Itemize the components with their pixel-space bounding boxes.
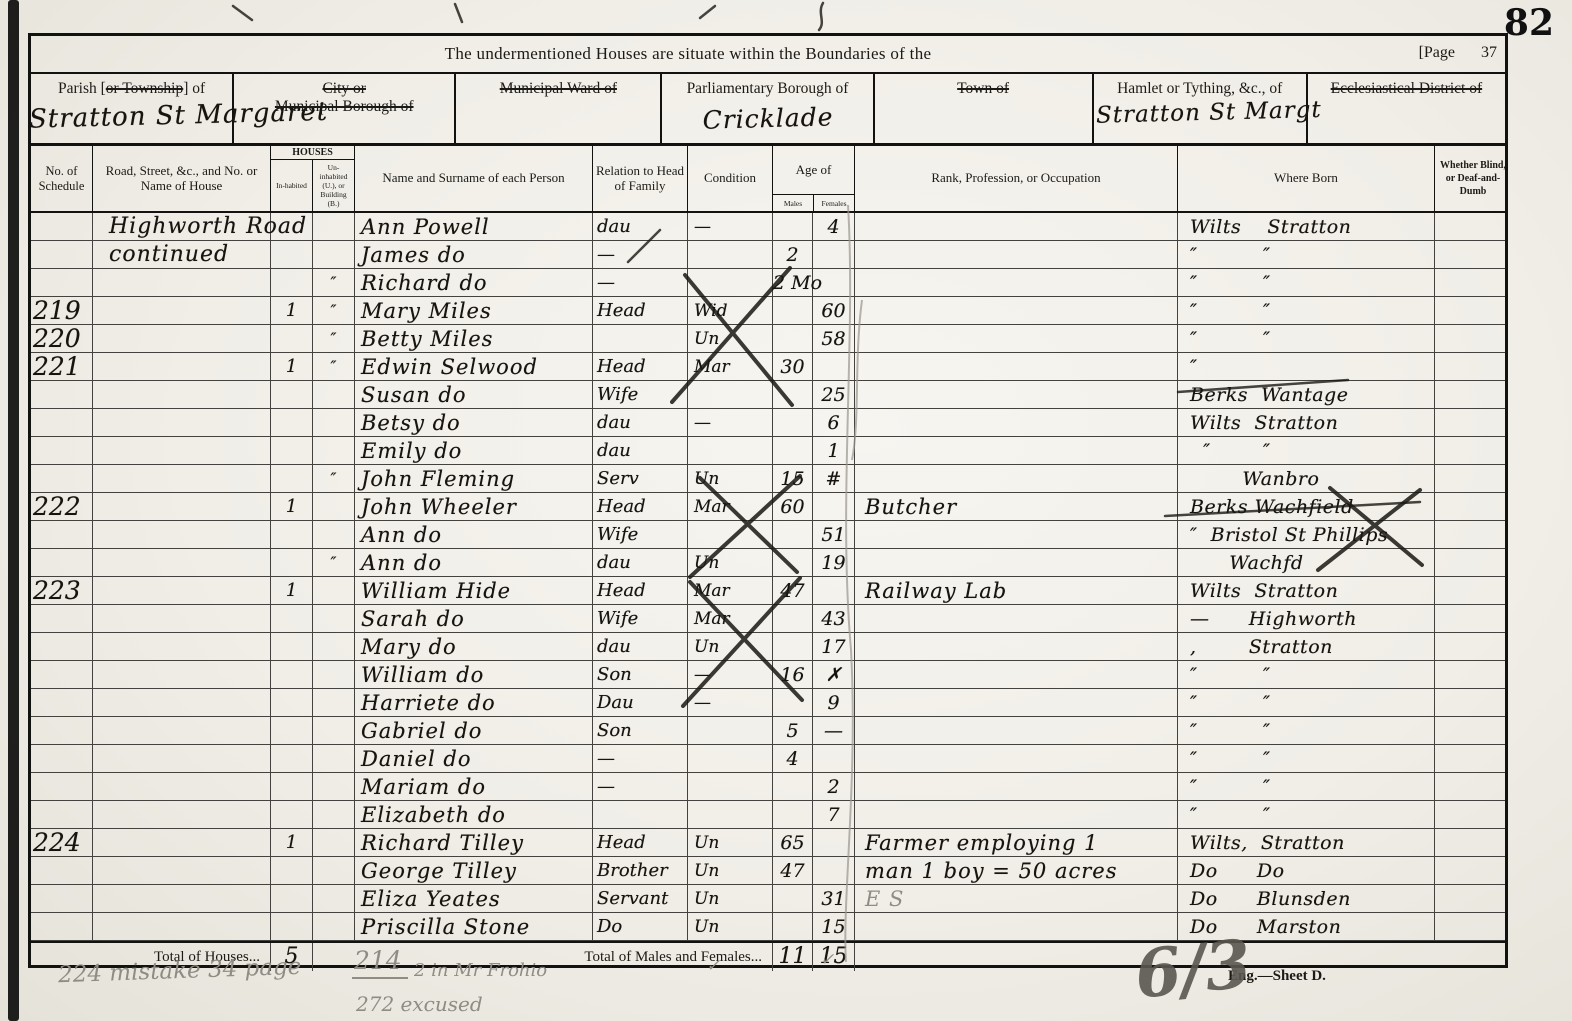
cell-blind (1435, 857, 1511, 885)
cell-name: Betty Miles (355, 325, 593, 353)
cell-occ (855, 269, 1178, 297)
cell-sched (31, 857, 93, 885)
cell-rel: dau (593, 549, 688, 577)
cell-m: 47 (773, 857, 813, 885)
cell-blind (1435, 521, 1511, 549)
cell-name: Priscilla Stone (355, 913, 593, 941)
cell-rel: Head (593, 353, 688, 381)
table-row: William doSon—16✗″ ″ (31, 661, 1505, 689)
cell-sched (31, 885, 93, 913)
cell-m (773, 213, 813, 241)
col-houses-group: HOUSES In-habited Un-inhabited (U.), or … (271, 146, 355, 211)
cell-born: Wilts, Stratton (1178, 829, 1435, 857)
header-field: Parish [or Township] ofStratton St Marga… (31, 74, 234, 143)
cell-name: Mary do (355, 633, 593, 661)
cell-road (93, 717, 271, 745)
cell-cond: Mar (688, 577, 773, 605)
table-row: Priscilla StoneDoUn15Do Marston (31, 913, 1505, 941)
header-field: Municipal Ward of (456, 74, 662, 143)
cell-f: 31 (813, 885, 855, 913)
cell-road (93, 829, 271, 857)
header-field-label: ] of (183, 80, 205, 97)
cell-rel: dau (593, 409, 688, 437)
cell-uninh: ″ (313, 549, 355, 577)
cell-f: # (813, 465, 855, 493)
table-row: 2221John WheelerHeadMar60ButcherBerks Wa… (31, 493, 1505, 521)
cell-m (773, 633, 813, 661)
cell-born: , Stratton (1178, 633, 1435, 661)
cell-f (813, 745, 855, 773)
table-row: 2191″Mary MilesHeadWid60″ ″ (31, 297, 1505, 325)
cell-inh (271, 745, 313, 773)
cell-born: Do Do (1178, 857, 1435, 885)
cell-f: — (813, 717, 855, 745)
cell-name: Richard do (355, 269, 593, 297)
cell-cond: Mar (688, 493, 773, 521)
table-row: Gabriel doSon5—″ ″ (31, 717, 1505, 745)
cell-f (813, 577, 855, 605)
header-field-label: Town of (957, 80, 1009, 97)
header-fields: Parish [or Township] ofStratton St Marga… (31, 74, 1505, 146)
cell-m (773, 381, 813, 409)
cell-name: Gabriel do (355, 717, 593, 745)
cell-blind (1435, 437, 1511, 465)
cell-born: ″ (1178, 353, 1435, 381)
cell-road (93, 885, 271, 913)
cell-road (93, 577, 271, 605)
cell-born: ″ ″ (1178, 241, 1435, 269)
cell-road (93, 269, 271, 297)
table-row: Sarah doWifeMar43— Highworth (31, 605, 1505, 633)
cell-inh (271, 269, 313, 297)
cell-occ (855, 717, 1178, 745)
cell-cond: Un (688, 829, 773, 857)
table-row: ″John FlemingServUn15# Wanbro (31, 465, 1505, 493)
cell-sched (31, 717, 93, 745)
cell-rel (593, 801, 688, 829)
cell-m: 30 (773, 353, 813, 381)
cell-m (773, 521, 813, 549)
cell-blind (1435, 801, 1511, 829)
cell-name: William Hide (355, 577, 593, 605)
cell-cond: Un (688, 325, 773, 353)
cell-rel: Wife (593, 605, 688, 633)
cell-uninh: ″ (313, 297, 355, 325)
cell-f (813, 493, 855, 521)
cell-f (813, 241, 855, 269)
cell-f (813, 269, 855, 297)
cell-sched: 224 (31, 829, 93, 857)
cell-road (93, 549, 271, 577)
pencil-check-right: ✓ (820, 950, 834, 970)
cell-m: 60 (773, 493, 813, 521)
cell-m: 5 (773, 717, 813, 745)
table-row: Harriete doDau—9″ ″ (31, 689, 1505, 717)
cell-sched (31, 437, 93, 465)
cell-sched (31, 661, 93, 689)
pencil-note-detail: 2 in Mr Frohio (414, 960, 547, 981)
cell-rel: dau (593, 213, 688, 241)
cell-cond (688, 717, 773, 745)
cell-blind (1435, 773, 1511, 801)
cell-f (813, 857, 855, 885)
cell-inh: 1 (271, 829, 313, 857)
table-row: George TilleyBrotherUn47man 1 boy = 50 a… (31, 857, 1505, 885)
cell-rel: Son (593, 717, 688, 745)
cell-name: William do (355, 661, 593, 689)
cell-blind (1435, 689, 1511, 717)
header-field-label: City or (322, 80, 366, 97)
cell-occ (855, 297, 1178, 325)
cell-blind (1435, 745, 1511, 773)
cell-road (93, 353, 271, 381)
cell-road (93, 661, 271, 689)
cell-occ (855, 689, 1178, 717)
cell-rel: Head (593, 829, 688, 857)
cell-occ (855, 605, 1178, 633)
cell-blind (1435, 885, 1511, 913)
cell-uninh (313, 241, 355, 269)
cell-inh (271, 773, 313, 801)
header-field-value: Cricklade (664, 101, 873, 135)
cell-blind (1435, 213, 1511, 241)
cell-uninh (313, 521, 355, 549)
cell-inh: 1 (271, 297, 313, 325)
cell-f: 6 (813, 409, 855, 437)
cell-rel: Wife (593, 381, 688, 409)
cell-road (93, 325, 271, 353)
cell-cond: Mar (688, 353, 773, 381)
cell-inh (271, 241, 313, 269)
cell-inh (271, 857, 313, 885)
cell-blind (1435, 297, 1511, 325)
cell-occ (855, 549, 1178, 577)
cell-name: Ann do (355, 549, 593, 577)
cell-rel: Brother (593, 857, 688, 885)
cell-inh (271, 213, 313, 241)
cell-f: 43 (813, 605, 855, 633)
col-houses: HOUSES (271, 146, 354, 160)
cell-uninh (313, 913, 355, 941)
cell-cond (688, 745, 773, 773)
cell-road (93, 605, 271, 633)
cell-uninh (313, 773, 355, 801)
col-relation: Relation to Head of Family (593, 146, 688, 211)
cell-occ (855, 325, 1178, 353)
cell-inh (271, 661, 313, 689)
cell-blind (1435, 241, 1511, 269)
cell-name: Mariam do (355, 773, 593, 801)
cell-cond: Un (688, 913, 773, 941)
cell-name: Edwin Selwood (355, 353, 593, 381)
cell-sched (31, 605, 93, 633)
page-label: [Page (1419, 44, 1455, 61)
cell-blind (1435, 577, 1511, 605)
cell-blind (1435, 913, 1511, 941)
cell-uninh (313, 745, 355, 773)
cell-born: ″ ″ (1178, 437, 1435, 465)
cell-sched (31, 773, 93, 801)
cell-occ (855, 661, 1178, 689)
cell-occ: Butcher (855, 493, 1178, 521)
cell-rel: dau (593, 633, 688, 661)
cell-cond (688, 269, 773, 297)
cell-cond: — (688, 409, 773, 437)
cell-occ (855, 213, 1178, 241)
cell-rel: Dau (593, 689, 688, 717)
cell-rel: Son (593, 661, 688, 689)
col-age-group: Age of Males Females (773, 146, 855, 211)
cell-road (93, 493, 271, 521)
pencil-note-excused: 272 excused (356, 992, 483, 1016)
cell-occ: E S (855, 885, 1178, 913)
cell-road (93, 381, 271, 409)
pencil-note-fraction: 6/3 (1131, 924, 1254, 1014)
cell-name: Elizabeth do (355, 801, 593, 829)
cell-name: John Fleming (355, 465, 593, 493)
column-headers: No. of Schedule Road, Street, &c., and N… (31, 146, 1505, 213)
cell-cond: Un (688, 885, 773, 913)
cell-born: ″ ″ (1178, 773, 1435, 801)
cell-uninh (313, 717, 355, 745)
cell-f: 17 (813, 633, 855, 661)
cell-born: ″ ″ (1178, 717, 1435, 745)
cell-name: John Wheeler (355, 493, 593, 521)
col-born: Where Born (1178, 146, 1435, 211)
cell-f: ✗ (813, 661, 855, 689)
header-field: Hamlet or Tything, &c., ofStratton St Ma… (1094, 74, 1308, 143)
cell-road (93, 437, 271, 465)
col-occupation: Rank, Profession, or Occupation (855, 146, 1178, 211)
cell-uninh (313, 689, 355, 717)
form-title: The undermentioned Houses are situate wi… (31, 44, 1345, 64)
cell-born: ″ ″ (1178, 269, 1435, 297)
cell-uninh (313, 381, 355, 409)
cell-m: 4 (773, 745, 813, 773)
cell-occ (855, 745, 1178, 773)
cell-name: Sarah do (355, 605, 593, 633)
cell-occ (855, 353, 1178, 381)
cell-blind (1435, 493, 1511, 521)
header-field: Ecclesiastical District of (1308, 74, 1505, 143)
page-corner-number: 82 (1504, 2, 1554, 44)
cell-born: Berks Wantage (1178, 381, 1435, 409)
cell-cond: Wid (688, 297, 773, 325)
table-row: Highworth RoadAnn Powelldau—4Wilts Strat… (31, 213, 1505, 241)
col-uninhabited: Un-inhabited (U.), or Building (B.) (313, 160, 354, 211)
cell-f: 51 (813, 521, 855, 549)
cell-name: Emily do (355, 437, 593, 465)
cell-rel: Wife (593, 521, 688, 549)
table-row: continuedJames do—2″ ″ (31, 241, 1505, 269)
col-name: Name and Surname of each Person (355, 146, 593, 211)
table-row: ″Richard do—2 Mo″ ″ (31, 269, 1505, 297)
cell-cond (688, 521, 773, 549)
cell-blind (1435, 381, 1511, 409)
cell-blind (1435, 409, 1511, 437)
cell-born: ″ ″ (1178, 689, 1435, 717)
cell-sched (31, 269, 93, 297)
pencil-note-schedule: 214 (352, 946, 408, 979)
cell-name: Susan do (355, 381, 593, 409)
cell-born: Wilts Stratton (1178, 577, 1435, 605)
cell-name: James do (355, 241, 593, 269)
cell-f: 1 (813, 437, 855, 465)
cell-rel (593, 325, 688, 353)
cell-born: Berks Wachfield (1178, 493, 1435, 521)
cell-rel: Servant (593, 885, 688, 913)
cell-inh: 1 (271, 577, 313, 605)
cell-inh (271, 717, 313, 745)
cell-m: 2 (773, 241, 813, 269)
cell-blind (1435, 717, 1511, 745)
cell-sched (31, 521, 93, 549)
cell-occ (855, 241, 1178, 269)
cell-f: 58 (813, 325, 855, 353)
header-field-value: Stratton St Margaret (29, 99, 233, 134)
cell-blind (1435, 353, 1511, 381)
cell-uninh: ″ (313, 353, 355, 381)
cell-occ (855, 633, 1178, 661)
cell-sched (31, 465, 93, 493)
cell-f: 7 (813, 801, 855, 829)
cell-cond: Un (688, 465, 773, 493)
cell-m (773, 885, 813, 913)
table-row: Daniel do—4″ ″ (31, 745, 1505, 773)
cell-sched (31, 241, 93, 269)
cell-rel: dau (593, 437, 688, 465)
cell-blind (1435, 661, 1511, 689)
table-row: 2241Richard TilleyHeadUn65Farmer employi… (31, 829, 1505, 857)
total-males: 11 (773, 943, 813, 971)
cell-m (773, 773, 813, 801)
cell-name: Richard Tilley (355, 829, 593, 857)
cell-m (773, 297, 813, 325)
col-condition: Condition (688, 146, 773, 211)
cell-f: 19 (813, 549, 855, 577)
cell-born: ″ ″ (1178, 297, 1435, 325)
table-row: Susan doWife25Berks Wantage (31, 381, 1505, 409)
col-females: Females (814, 195, 854, 211)
cell-occ (855, 409, 1178, 437)
cell-occ (855, 801, 1178, 829)
cell-occ (855, 521, 1178, 549)
cell-f: 25 (813, 381, 855, 409)
cell-f: 9 (813, 689, 855, 717)
cell-inh (271, 605, 313, 633)
cell-inh (271, 689, 313, 717)
col-age: Age of (773, 146, 854, 194)
page-ref: [Page37 (1419, 44, 1497, 62)
cell-occ: man 1 boy = 50 acres (855, 857, 1178, 885)
cell-sched: 221 (31, 353, 93, 381)
cell-cond: Mar (688, 605, 773, 633)
cell-born: Wanbro (1178, 465, 1435, 493)
cell-blind (1435, 269, 1511, 297)
col-schedule: No. of Schedule (31, 146, 93, 211)
cell-m: 65 (773, 829, 813, 857)
cell-f (813, 829, 855, 857)
table-row: Elizabeth do7″ ″ (31, 801, 1505, 829)
cell-sched (31, 689, 93, 717)
cell-occ (855, 437, 1178, 465)
cell-m: 15 (773, 465, 813, 493)
table-row: Emily dodau1 ″ ″ (31, 437, 1505, 465)
table-row: 220″Betty MilesUn58″ ″ (31, 325, 1505, 353)
cell-inh (271, 549, 313, 577)
cell-blind (1435, 633, 1511, 661)
cell-uninh (313, 577, 355, 605)
header-field-label: Parish [ (58, 80, 106, 97)
cell-cond: — (688, 213, 773, 241)
cell-rel: Serv (593, 465, 688, 493)
col-road: Road, Street, &c., and No. or Name of Ho… (93, 146, 271, 211)
cell-born: — Highworth (1178, 605, 1435, 633)
cell-f: 2 (813, 773, 855, 801)
header-field-value: Stratton St Margt (1095, 97, 1306, 128)
cell-blind (1435, 829, 1511, 857)
cell-cond (688, 773, 773, 801)
header-field-label: Hamlet or Tything, &c., of (1117, 80, 1282, 97)
cell-uninh: ″ (313, 269, 355, 297)
cell-cond (688, 801, 773, 829)
cell-m (773, 409, 813, 437)
cell-cond: — (688, 661, 773, 689)
cell-inh (271, 521, 313, 549)
cell-inh: 1 (271, 493, 313, 521)
cell-sched (31, 549, 93, 577)
cell-name: Eliza Yeates (355, 885, 593, 913)
cell-inh (271, 381, 313, 409)
cell-sched (31, 801, 93, 829)
cell-uninh (313, 801, 355, 829)
header-field: Town of (875, 74, 1094, 143)
cell-rel: Head (593, 493, 688, 521)
cell-f: 4 (813, 213, 855, 241)
cell-sched (31, 381, 93, 409)
cell-uninh (313, 857, 355, 885)
form-title-row: The undermentioned Houses are situate wi… (31, 36, 1505, 74)
cell-cond (688, 241, 773, 269)
cell-sched (31, 745, 93, 773)
cell-born: Wilts Stratton (1178, 409, 1435, 437)
cell-road (93, 521, 271, 549)
table-row: 2231William HideHeadMar47Railway LabWilt… (31, 577, 1505, 605)
cell-inh (271, 913, 313, 941)
header-field-label: Municipal Borough of (275, 98, 414, 115)
cell-born: Wilts Stratton (1178, 213, 1435, 241)
cell-inh (271, 465, 313, 493)
cell-m (773, 801, 813, 829)
cell-uninh (313, 493, 355, 521)
header-field: Parliamentary Borough ofCricklade (662, 74, 874, 143)
cell-rel: Head (593, 297, 688, 325)
header-field-label: Parliamentary Borough of (687, 80, 849, 97)
col-inhabited: In-habited (271, 160, 313, 211)
cell-m (773, 689, 813, 717)
census-form: The undermentioned Houses are situate wi… (28, 33, 1508, 968)
cell-blind (1435, 325, 1511, 353)
table-body: Highworth RoadAnn Powelldau—4Wilts Strat… (31, 213, 1505, 941)
cell-sched: 219 (31, 297, 93, 325)
cell-uninh: ″ (313, 325, 355, 353)
cell-m (773, 913, 813, 941)
cell-road (93, 297, 271, 325)
cell-occ (855, 773, 1178, 801)
cell-inh: 1 (271, 353, 313, 381)
page-number: 37 (1481, 44, 1497, 61)
cell-rel: — (593, 773, 688, 801)
